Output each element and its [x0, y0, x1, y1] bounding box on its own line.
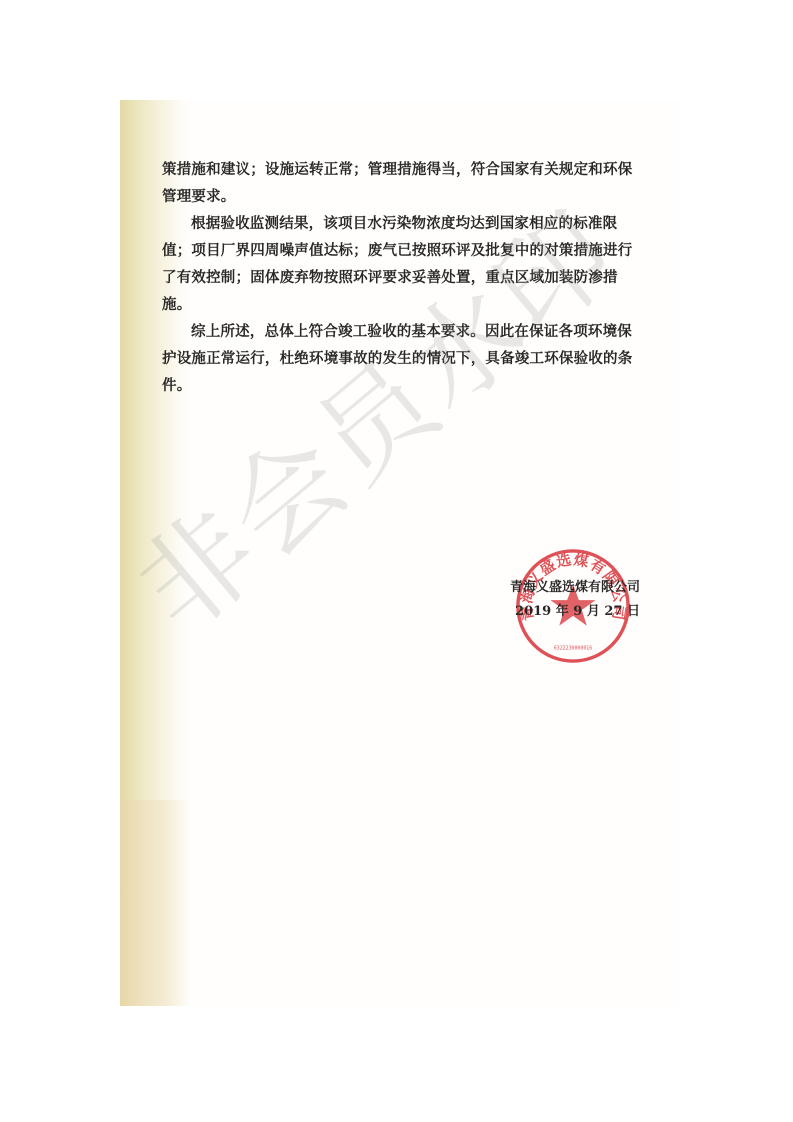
signature-date: 2019 年 9 月 27 日 — [480, 600, 640, 624]
document-body: 策措施和建议；设施运转正常；管理措施得当，符合国家有关规定和环保管理要求。 根据… — [162, 156, 642, 399]
paragraph-2: 根据验收监测结果，该项目水污染物浓度均达到国家相应的标准限值；项目厂界四周噪声值… — [162, 210, 642, 318]
paragraph-3: 综上所述，总体上符合竣工验收的基本要求。因此在保证各项环境保护设施正常运行，杜绝… — [162, 318, 642, 399]
signature-company: 青海义盛选煤有限公司 — [480, 576, 640, 600]
paragraph-1: 策措施和建议；设施运转正常；管理措施得当，符合国家有关规定和环保管理要求。 — [162, 156, 642, 210]
signature-block: 青海义盛选煤有限公司 2019 年 9 月 27 日 — [480, 576, 640, 624]
seal-serial-text: 6322230000016 — [554, 645, 592, 651]
